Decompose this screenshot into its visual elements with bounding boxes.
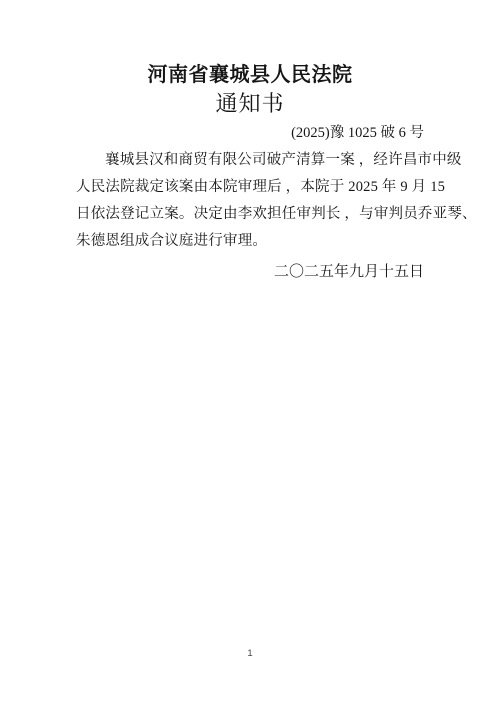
body-line-4: 朱德恩组成合议庭进行审理。 — [76, 228, 424, 255]
body-line-3: 日依法登记立案。决定由李欢担任审判长 ，与审判员乔亚琴、 — [76, 201, 424, 228]
body-line-1: 襄城县汉和商贸有限公司破产清算一案 ，经许昌市中级 — [76, 147, 424, 174]
page-number: 1 — [0, 648, 500, 659]
court-notice-page: 河南省襄城县人民法院 通知书 (2025)豫 1025 破 6 号 襄城县汉和商… — [0, 0, 500, 707]
case-number: (2025)豫 1025 破 6 号 — [76, 121, 424, 145]
court-name-heading: 河南省襄城县人民法院 — [76, 62, 424, 89]
body-paragraph: 襄城县汉和商贸有限公司破产清算一案 ，经许昌市中级 人民法院裁定该案由本院审理后… — [76, 147, 424, 255]
body-line-2: 人民法院裁定该案由本院审理后 ，本院于 2025 年 9 月 15 — [76, 174, 424, 201]
document-title: 通知书 — [76, 89, 424, 119]
document-date: 二〇二五年九月十五日 — [76, 259, 424, 286]
